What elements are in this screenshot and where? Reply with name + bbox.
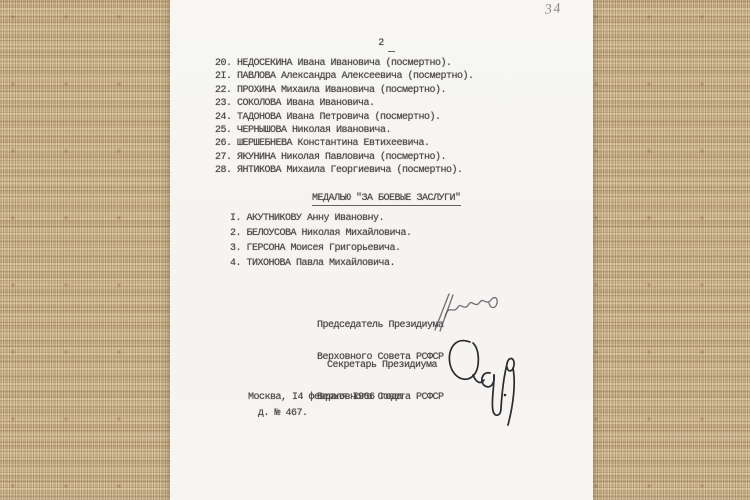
list-item: 22. ПРОХИНА Михаила Ивановича (посмертно…: [215, 84, 474, 97]
list-item: 27. ЯКУНИНА Николая Павловича (посмертно…: [215, 151, 474, 164]
secretary-title-line1: Секретарь Президиума: [317, 361, 444, 372]
medal-award-list: I. АКУТНИКОВУ Анну Ивановну.2. БЕЛОУСОВА…: [230, 211, 412, 271]
award-list: 20. НЕДОСЕКИНА Ивана Ивановича (посмертн…: [215, 57, 474, 178]
list-item: 2. БЕЛОУСОВА Николая Михайловича.: [230, 226, 412, 241]
secretary-title-block: Секретарь Президиума Верховного Совета Р…: [317, 340, 444, 425]
page-number-underscore: [388, 51, 395, 52]
fabric-background: 34 2 20. НЕДОСЕКИНА Ивана Ивановича (пос…: [0, 0, 750, 500]
secretary-signature-ink: [442, 332, 522, 432]
list-item: 3. ГЕРСОНА Моисея Григорьевича.: [230, 241, 412, 256]
list-item: 24. ТАДОНОВА Ивана Петровича (посмертно)…: [215, 111, 474, 124]
list-item: 26. ШЕРШЕБНЕВА Константина Евтихеевича.: [215, 137, 474, 150]
list-item: 23. СОКОЛОВА Ивана Ивановича.: [215, 97, 474, 110]
place-date-line: Москва, I4 февраля I966 года: [248, 392, 402, 403]
chairman-title-line1: Председатель Президиума: [317, 321, 444, 332]
list-item: I. АКУТНИКОВУ Анну Ивановну.: [230, 211, 412, 226]
list-item: 28. ЯНТИКОВА Михаила Георгиевича (посмер…: [215, 164, 474, 177]
corner-page-note: 34: [544, 1, 562, 18]
list-item: 2I. ПАВЛОВА Александра Алексеевича (посм…: [215, 70, 474, 83]
chairman-signature-ink: [428, 285, 513, 335]
list-item: 4. ТИХОНОВА Павла Михайловича.: [230, 256, 412, 271]
medal-section-heading: МЕДАЛЬЮ "ЗА БОЕВЫЕ ЗАСЛУГИ": [312, 193, 461, 206]
document-page: 34 2 20. НЕДОСЕКИНА Ивана Ивановича (пос…: [170, 0, 593, 500]
document-number: д. № 467.: [258, 408, 308, 419]
page-number: 2: [378, 38, 384, 49]
list-item: 20. НЕДОСЕКИНА Ивана Ивановича (посмертн…: [215, 57, 474, 70]
list-item: 25. ЧЕРНЫШОВА Николая Ивановича.: [215, 124, 474, 137]
